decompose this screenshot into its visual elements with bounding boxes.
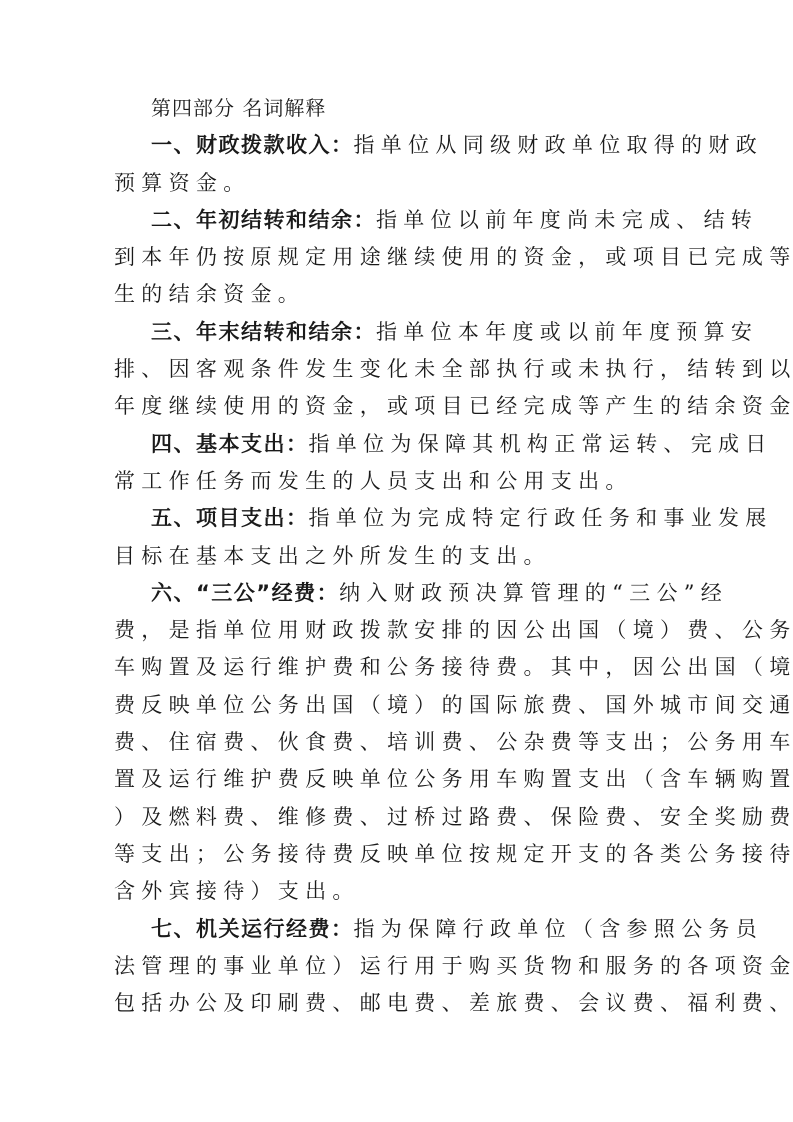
entry-7-line-2: 法管理的事业单位）运行用于购买货物和服务的各项资金，: [114, 948, 674, 985]
term-label: 三、年末结转和结余：: [151, 320, 376, 344]
term-label: 七、机关运行经费：: [151, 917, 354, 941]
entry-3-line-3: 年度继续使用的资金，或项目已经完成等产生的结余资金。: [114, 388, 674, 425]
entry-7-line-1: 七、机关运行经费：指为保障行政单位（含参照公务员: [114, 911, 674, 948]
entry-6-line-5: 费、住宿费、伙食费、培训费、公杂费等支出；公务用车购: [114, 724, 674, 761]
entry-6-line-4: 费反映单位公务出国（境）的国际旅费、国外城市间交通: [114, 687, 674, 724]
document-page: 第四部分 名词解释 一、财政拨款收入：指单位从同级财政单位取得的财政 预算资金。…: [114, 90, 674, 1022]
entry-5-line-2: 目标在基本支出之外所发生的支出。: [114, 538, 674, 575]
entry-1-line-2: 预算资金。: [114, 165, 674, 202]
entry-1-line-1: 一、财政拨款收入：指单位从同级财政单位取得的财政: [114, 127, 674, 164]
entry-7-line-3: 包括办公及印刷费、邮电费、差旅费、会议费、福利费、日: [114, 985, 674, 1022]
entry-6-line-9: 含外宾接待）支出。: [114, 873, 674, 910]
entry-6-line-3: 车购置及运行维护费和公务接待费。其中，因公出国（境）: [114, 649, 674, 686]
term-label: 二、年初结转和结余：: [151, 208, 376, 232]
term-label: 五、项目支出：: [151, 506, 309, 530]
entry-2-line-1: 二、年初结转和结余：指单位以前年度尚未完成、结转: [114, 202, 674, 239]
entry-6-line-6: 置及运行维护费反映单位公务用车购置支出（含车辆购置税: [114, 761, 674, 798]
entry-3-line-1: 三、年末结转和结余：指单位本年度或以前年度预算安: [114, 314, 674, 351]
entry-6-line-7: ）及燃料费、维修费、过桥过路费、保险费、安全奖励费用: [114, 799, 674, 836]
entry-6-line-2: 费，是指单位用财政拨款安排的因公出国（境）费、公务用: [114, 612, 674, 649]
entry-5-line-1: 五、项目支出：指单位为完成特定行政任务和事业发展: [114, 500, 674, 537]
entry-4-line-1: 四、基本支出：指单位为保障其机构正常运转、完成日: [114, 426, 674, 463]
entry-6-line-8: 等支出；公务接待费反映单位按规定开支的各类公务接待（: [114, 836, 674, 873]
term-label: 一、财政拨款收入：: [151, 133, 354, 157]
term-label: 四、基本支出：: [151, 432, 309, 456]
section-title: 第四部分 名词解释: [114, 90, 674, 127]
entry-6-line-1: 六、“三公”经费：纳入财政预决算管理的“三公”经: [114, 575, 674, 612]
entry-2-line-3: 生的结余资金。: [114, 276, 674, 313]
entry-3-line-2: 排、因客观条件发生变化未全部执行或未执行，结转到以后: [114, 351, 674, 388]
entry-2-line-2: 到本年仍按原规定用途继续使用的资金，或项目已完成等产: [114, 239, 674, 276]
term-label: 六、“三公”经费：: [151, 581, 339, 605]
entry-4-line-2: 常工作任务而发生的人员支出和公用支出。: [114, 463, 674, 500]
